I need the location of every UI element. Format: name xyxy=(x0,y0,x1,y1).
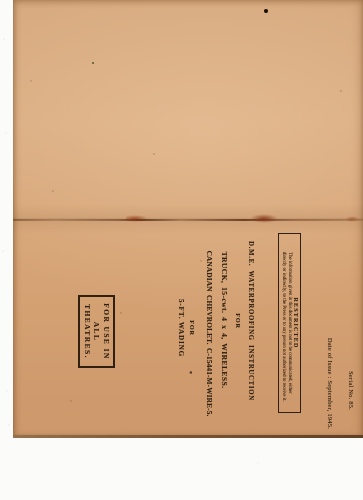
rotated-cover-page: Serial No. 85. Date of Issue : September… xyxy=(13,0,363,438)
serial-number: Serial No. 85. xyxy=(347,330,354,410)
scanned-document: Serial No. 85. Date of Issue : September… xyxy=(0,0,363,500)
title-line-dme: D.M.E. WATERPROOFING INSTRUCTION xyxy=(247,231,254,411)
use-box-line-2: ALL xyxy=(92,297,102,366)
title-line-for: FOR xyxy=(234,231,241,411)
use-box-line-3: THEATRES. xyxy=(82,297,92,366)
date-of-issue: Date of Issue : September, 1945. xyxy=(326,330,333,429)
restricted-body-line: directly or indirectly, to the Press or … xyxy=(281,252,286,394)
restricted-notice-box: RESTRICTED The information given in this… xyxy=(278,233,301,413)
theatres-use-box: FOR USE IN ALL THEATRES. xyxy=(78,295,115,368)
footnote-mark: * xyxy=(186,371,192,374)
title-line-vehicle: CANADIAN CHEVROLET. C-15441-M-WIRE-5. xyxy=(205,243,214,424)
title-line-truck: TRUCK, 15-cwt. 4 x 4, WIRELESS. xyxy=(220,230,229,410)
restricted-heading: RESTRICTED xyxy=(293,234,299,412)
title-line-for-2: FOR xyxy=(188,238,195,418)
restricted-body-line: The information given in this document i… xyxy=(288,252,293,394)
paper-sheet: Serial No. 85. Date of Issue : September… xyxy=(13,0,363,438)
scanner-margin-specks xyxy=(0,0,2,2)
use-box-line-1: FOR USE IN xyxy=(101,297,111,366)
title-line-wading: 5-FT. WADING xyxy=(177,238,185,418)
